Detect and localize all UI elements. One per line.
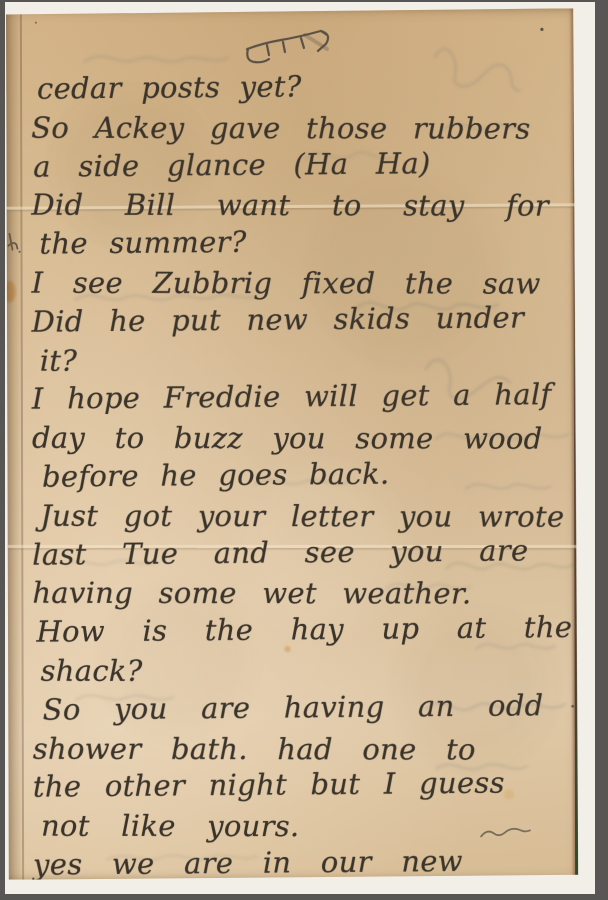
letter-line: not like yours. (33, 807, 576, 847)
letter-line: shack? (33, 652, 576, 692)
margin-pencil-mark-icon (8, 234, 20, 253)
letter-line: last Tue and see you are (32, 531, 575, 575)
letter-line: I hope Freddie will get a half (32, 375, 575, 419)
letter-line: So Ackey gave those rubbers (31, 108, 574, 148)
letter-line: day to buzz you some wood (32, 419, 575, 459)
pencil-scribble-icon (247, 31, 328, 62)
letter-line: Just got your letter you wrote (32, 496, 575, 536)
letter-page: cedar posts yet? So Ackey gave those rub… (5, 8, 578, 879)
letter-line: So you are having an odd (33, 686, 576, 730)
letter-line: a side glance (Ha Ha) (31, 143, 574, 187)
scan-frame: cedar posts yet? So Ackey gave those rub… (0, 0, 608, 900)
letter-line: I see Zubbrig fixed the saw (32, 264, 575, 304)
letter-line: before he goes back. (32, 453, 575, 497)
letter-line: How is the hay up at the (32, 608, 575, 652)
letter-line: the summer? (31, 220, 574, 264)
letter-body: cedar posts yet? So Ackey gave those rub… (31, 68, 576, 884)
letter-line: Did he put new skids under (32, 298, 575, 342)
letter-line: cedar posts yet? (31, 65, 574, 109)
letter-line: the other night but I guess (33, 763, 576, 807)
